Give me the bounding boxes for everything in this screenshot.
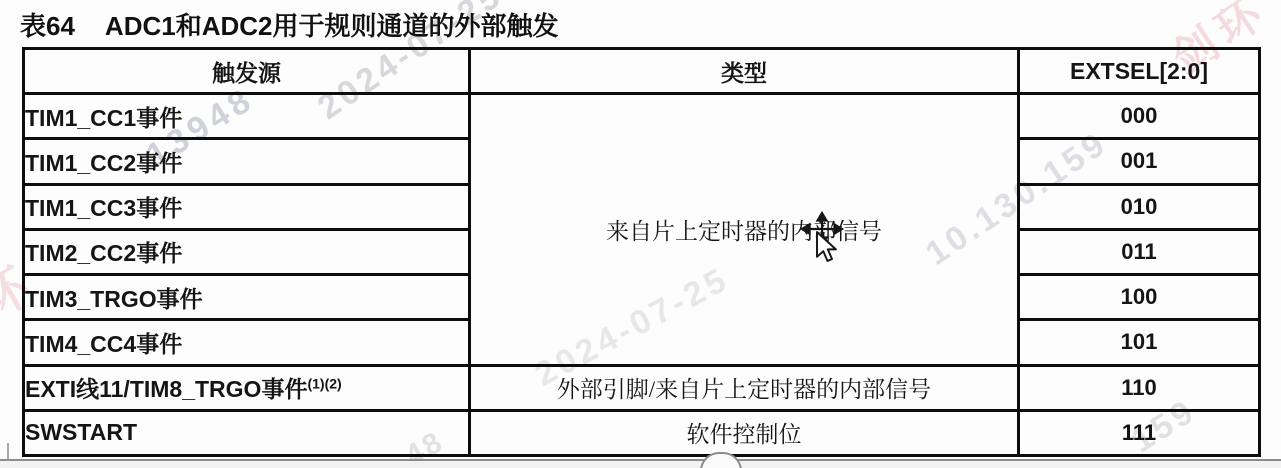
- trigger-source-cell: TIM2_CC2事件: [24, 229, 470, 274]
- extsel-cell: 100: [1019, 275, 1260, 320]
- trigger-source-cell: TIM4_CC4事件: [24, 320, 470, 365]
- trigger-source-text: EXTI线11/TIM8_TRGO事件: [25, 376, 307, 402]
- trigger-source-cell: SWSTART: [24, 410, 470, 455]
- table-row: EXTI线11/TIM8_TRGO事件(1)(2) 外部引脚/来自片上定时器的内…: [24, 365, 1260, 410]
- trigger-source-cell: TIM1_CC3事件: [24, 184, 470, 229]
- extsel-cell: 101: [1019, 320, 1260, 365]
- extsel-cell: 000: [1019, 94, 1260, 139]
- trigger-source-cell: TIM3_TRGO事件: [24, 275, 470, 320]
- page-edge-line: [7, 443, 9, 459]
- column-header-extsel: EXTSEL[2:0]: [1019, 49, 1260, 94]
- document-page: 13948 2024-07-25 10.130.159 2024-07-25 1…: [0, 0, 1281, 468]
- header-row: 触发源 类型 EXTSEL[2:0]: [24, 49, 1260, 94]
- type-cell-merged: 来自片上定时器的内部信号: [470, 94, 1019, 366]
- extsel-cell: 011: [1019, 229, 1260, 274]
- extsel-cell: 010: [1019, 184, 1260, 229]
- trigger-source-cell: EXTI线11/TIM8_TRGO事件(1)(2): [24, 365, 470, 410]
- table-row: SWSTART 软件控制位 111: [24, 410, 1260, 455]
- extsel-cell: 110: [1019, 365, 1260, 410]
- type-cell: 软件控制位: [470, 410, 1019, 455]
- footnote-reference: (1)(2): [307, 375, 341, 391]
- table-caption-number: 表64: [20, 11, 75, 41]
- column-header-type: 类型: [470, 49, 1019, 94]
- trigger-source-cell: TIM1_CC2事件: [24, 139, 470, 184]
- column-header-trigger-source: 触发源: [24, 49, 470, 94]
- horizontal-splitter[interactable]: [0, 459, 1281, 468]
- table-caption-title: ADC1和ADC2用于规则通道的外部触发: [105, 11, 559, 41]
- type-cell: 外部引脚/来自片上定时器的内部信号: [470, 365, 1019, 410]
- extsel-cell: 111: [1019, 410, 1260, 455]
- table-caption: 表64ADC1和ADC2用于规则通道的外部触发: [20, 6, 559, 43]
- trigger-source-cell: TIM1_CC1事件: [24, 94, 470, 139]
- adc-external-trigger-table: 触发源 类型 EXTSEL[2:0] TIM1_CC1事件 来自片上定时器的内部…: [22, 47, 1261, 457]
- extsel-cell: 001: [1019, 139, 1260, 184]
- table-row: TIM1_CC1事件 来自片上定时器的内部信号 000: [24, 94, 1260, 139]
